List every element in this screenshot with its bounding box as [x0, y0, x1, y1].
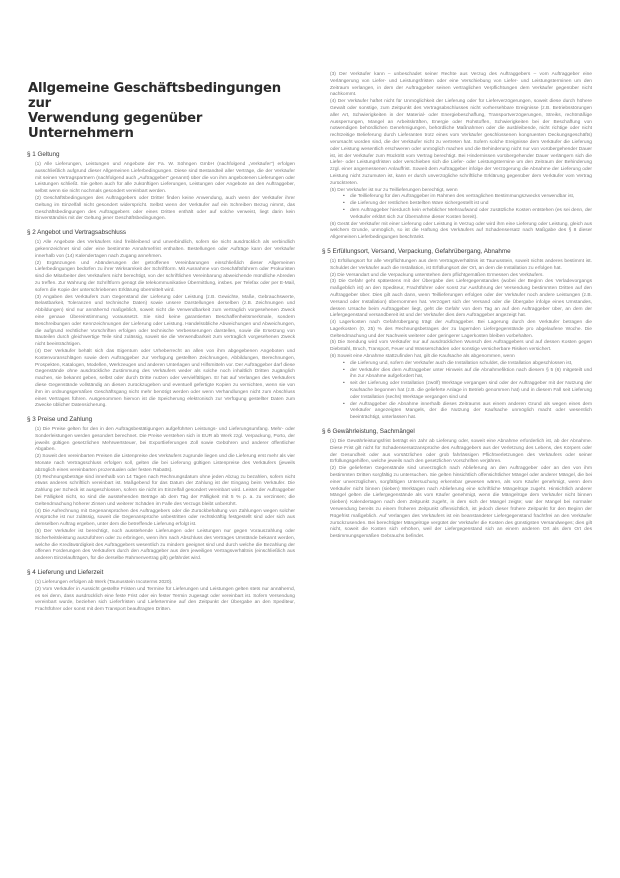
paragraph: (1) Alle Lieferungen, Leistungen und Ang… [35, 162, 295, 196]
list-item: die Lieferung der restlichen bestellten … [350, 201, 592, 208]
paragraph: (1) Die Gewährleistungsfrist beträgt ein… [330, 439, 592, 466]
paragraph: (2) Vom Verkäufer in Aussicht gestellte … [35, 587, 295, 614]
paragraph: (1) Alle Angebote des Verkäufers sind fr… [35, 240, 295, 260]
paragraph: (4) Die Aufrechnung mit Gegenansprüchen … [35, 509, 295, 529]
section-heading-3: § 3 Preise und Zahlung [27, 416, 295, 424]
paragraph: (3) Die Gefahr geht spätestens mit der Ü… [330, 279, 592, 320]
title-line-1: Allgemeine Geschäftsbedingungen zur [28, 81, 281, 111]
paragraph: (2) Ergänzungen und Abänderungen der get… [35, 261, 295, 295]
document-title: Allgemeine Geschäftsbedingungen zur Verw… [28, 81, 295, 141]
paragraph: (2) Soweit den vereinbarten Preisen die … [35, 454, 295, 474]
paragraph: (6) Gerät der Verkäufer mit einer Liefer… [330, 222, 592, 242]
paragraph: (3) Der Verkäufer kann – unbeschadet sei… [330, 72, 592, 99]
paragraph: (1) Lieferungen erfolgen ab Werk (Taunus… [35, 580, 295, 587]
paragraph: (1) Erfüllungsort für alle Verpflichtung… [330, 259, 592, 273]
paragraph: (1) Die Preise gelten für den in den Auf… [35, 427, 295, 454]
section-heading-4: § 4 Lieferung und Lieferzeit [27, 569, 295, 577]
paragraph: (4) Der Verkäufer behält sich das Eigent… [35, 349, 295, 410]
list-item: der Verkäufer dies dem Auftraggeber unte… [350, 368, 592, 382]
paragraph: (3) Angaben des Verkäufers zum Gegenstan… [35, 295, 295, 349]
paragraph: (4) Der Verkäufer haftet nicht für Unmög… [330, 99, 592, 187]
bullet-list: die Lieferung und, sofern der Verkäufer … [330, 361, 592, 422]
paragraph: (6) Soweit eine Abnahme stattzufinden ha… [330, 354, 592, 361]
paragraph: (4) Lagerkosten nach Gefahrübergang träg… [330, 320, 592, 340]
right-column: (3) Der Verkäufer kann – unbeschadet sei… [330, 72, 592, 541]
section-heading-5: § 5 Erfüllungsort, Versand, Verpackung, … [322, 248, 592, 256]
section-heading-6: § 6 Gewährleistung, Sachmängel [322, 428, 592, 436]
document-page: Allgemeine Geschäftsbedingungen zur Verw… [0, 0, 620, 878]
section-heading-2: § 2 Angebot und Vertragsabschluss [27, 229, 295, 237]
section-heading-1: § 1 Geltung [27, 151, 295, 159]
title-line-2: Verwendung gegenüber Unternehmern [28, 111, 202, 141]
paragraph: (3) Rechnungsbeträge sind innerhalb von … [35, 475, 295, 509]
list-item: seit der Lieferung oder Installation (zw… [350, 381, 592, 401]
left-column: Allgemeine Geschäftsbedingungen zur Verw… [30, 81, 295, 614]
list-item: die Lieferung und, sofern der Verkäufer … [350, 361, 592, 368]
paragraph: (2) Die gelieferten Gegenstände sind unv… [330, 466, 592, 541]
paragraph: (5) Der Verkäufer ist berechtigt, noch a… [35, 529, 295, 563]
paragraph: (2) Geschäftsbedingungen des Auftraggebe… [35, 196, 295, 223]
paragraph: (5) Die Sendung wird vom Verkäufer nur a… [330, 340, 592, 354]
bullet-list: die Teillieferung für den Auftraggeber i… [330, 194, 592, 221]
list-item: der Auftraggeber die Abnahme innerhalb d… [350, 402, 592, 422]
list-item: dem Auftraggeber hierdurch kein erheblic… [350, 208, 592, 222]
